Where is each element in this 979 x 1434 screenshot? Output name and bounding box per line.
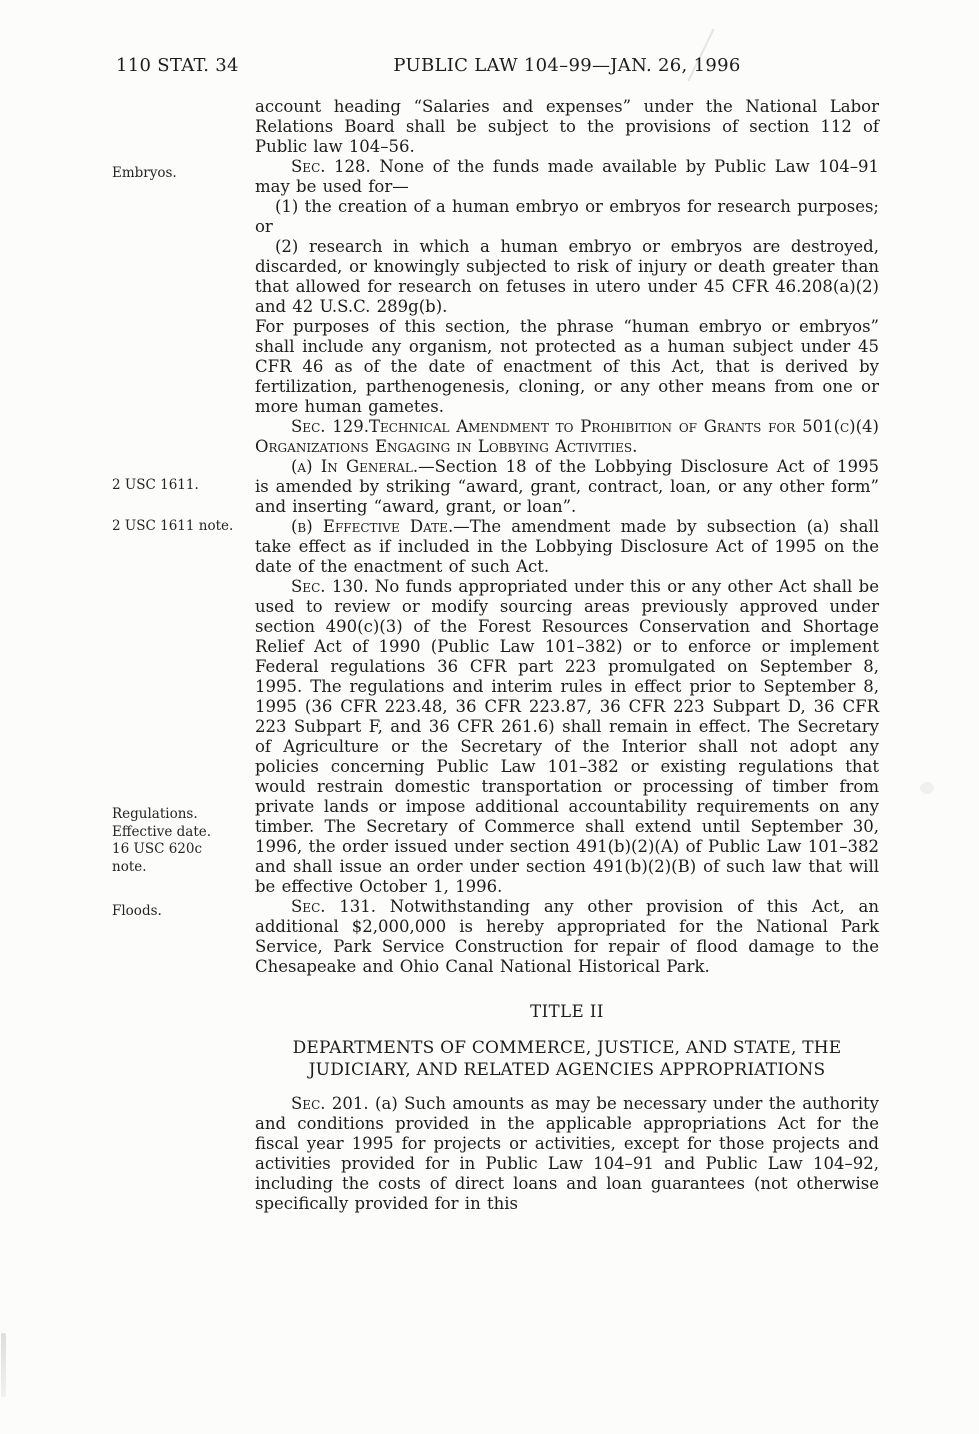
sec-201-label: Sec. 201. bbox=[291, 1094, 369, 1113]
title-ii-subheading: DEPARTMENTS OF COMMERCE, JUSTICE, AND ST… bbox=[267, 1037, 867, 1081]
margin-note-16-usc-620c: 16 USC 620c bbox=[112, 841, 244, 859]
sec-129b-label: (b) Effective Date.— bbox=[291, 517, 470, 536]
sec-129a-label: (a) In General.— bbox=[291, 457, 435, 476]
sec-128-closing-text: For purposes of this section, the phrase… bbox=[255, 317, 879, 417]
para-sec-201: Sec. 201. (a) Such amounts as may be nec… bbox=[255, 1094, 879, 1214]
statute-page-scan: 110 STAT. 34 PUBLIC LAW 104–99—JAN. 26, … bbox=[0, 0, 979, 1434]
title-ii-block: TITLE II DEPARTMENTS OF COMMERCE, JUSTIC… bbox=[255, 1002, 879, 1214]
sec-130-label: Sec. 130. bbox=[291, 577, 369, 596]
margin-note-effective-date: Effective date. bbox=[112, 824, 244, 842]
para-sec-129a: (a) In General.—Section 18 of the Lobbyi… bbox=[255, 457, 879, 517]
para-sec127-continuation: account heading “Salaries and expenses” … bbox=[255, 97, 879, 157]
margin-note-floods: Floods. bbox=[112, 903, 244, 921]
para-sec-131: Sec. 131. Notwithstanding any other prov… bbox=[255, 897, 879, 977]
sec-131-label: Sec. 131. bbox=[291, 897, 376, 916]
sec-128-clause-2: (2) research in which a human embryo or … bbox=[255, 237, 879, 317]
scan-artifact-smudge bbox=[920, 782, 934, 794]
para-sec-128: Sec. 128. None of the funds made availab… bbox=[255, 157, 879, 197]
margin-note-regulations-block: Regulations. Effective date. 16 USC 620c… bbox=[112, 806, 244, 876]
para-sec-129-heading: Sec. 129.Technical Amendment to Prohibit… bbox=[255, 417, 879, 457]
margin-note-embryos: Embryos. bbox=[112, 165, 244, 183]
sec-130-text: No funds appropriated under this or any … bbox=[255, 577, 879, 896]
para-sec-130: Sec. 130. No funds appropriated under th… bbox=[255, 577, 879, 897]
margin-note-16-usc-620c-note: note. bbox=[112, 859, 244, 877]
margin-note-regulations: Regulations. bbox=[112, 806, 244, 824]
stat-page-number: 110 STAT. 34 bbox=[116, 55, 239, 76]
margin-note-2-usc-1611-note: 2 USC 1611 note. bbox=[112, 518, 244, 536]
sec-128-label: Sec. 128. bbox=[291, 157, 371, 176]
sec-129-label: Sec. 129. bbox=[291, 417, 369, 436]
sec-128-clause-1: (1) the creation of a human embryo or em… bbox=[255, 197, 879, 237]
para-sec-129b: (b) Effective Date.—The amendment made b… bbox=[255, 517, 879, 577]
scan-artifact-left-edge bbox=[1, 1333, 6, 1397]
margin-note-2-usc-1611: 2 USC 1611. bbox=[112, 477, 244, 495]
statute-text-column: account heading “Salaries and expenses” … bbox=[255, 97, 879, 977]
law-title: PUBLIC LAW 104–99—JAN. 26, 1996 bbox=[255, 55, 879, 76]
title-ii-heading: TITLE II bbox=[255, 1002, 879, 1021]
